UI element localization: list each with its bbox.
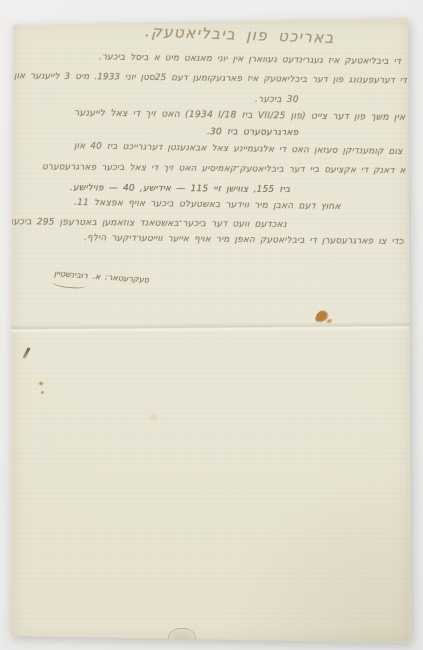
fold-crease	[10, 321, 411, 333]
faint-spot	[148, 413, 159, 422]
paper-shadow-wrap: באריכט פון ביבליאטעק. די ביבליאטעק איז ג…	[0, 0, 423, 650]
handwriting-line-4: אין משך פון דער צייט (פון 25/VII ביז 18/…	[74, 107, 405, 123]
handwriting-line-3: 30 ביכער.	[255, 95, 299, 105]
photo-background: באריכט פון ביבליאטעק. די ביבליאטעק איז ג…	[0, 0, 423, 650]
handwriting-line-5: פארגרעסערט ביז 30.	[207, 127, 299, 138]
rust-dot-small	[41, 391, 44, 394]
rust-dot	[38, 381, 44, 386]
paper-sheet: באריכט פון ביבליאטעק. די ביבליאטעק איז ג…	[10, 18, 411, 643]
document-title: באריכט פון ביבליאטעק.	[145, 22, 335, 47]
handwriting-line-9: אחוץ דעם האבן מיר ווידער באשטעלט ביכער א…	[74, 198, 341, 212]
handwriting-line-7: א דאנק די אקציעס ביי דער ביבליאטעק־קאמיס…	[42, 162, 406, 176]
brown-mark	[22, 347, 30, 359]
handwriting-line-2: די דערעפענונג פון דער ביבליאטעק איז פארג…	[14, 71, 407, 86]
handwriting-line-11: כדי צו פארגרעסערן די ביבליאטעק האפן מיר …	[84, 233, 404, 247]
handwriting-line-8: ביז 155, צווישן זיי 115 — אידישע, 40 — פ…	[70, 183, 290, 195]
bottom-edge-notch	[168, 628, 196, 640]
handwriting-line-10: נאכדעם וועט דער ביכער־באשטאנד צוזאמען בא…	[5, 217, 287, 230]
handwriting-line-1: די ביבליאטעק איז געגרינדעט געווארן אין י…	[99, 52, 401, 67]
handwriting-line-6: צום קומענדיקן סעזאן האט די אלגעמיינע צאל…	[74, 141, 403, 157]
